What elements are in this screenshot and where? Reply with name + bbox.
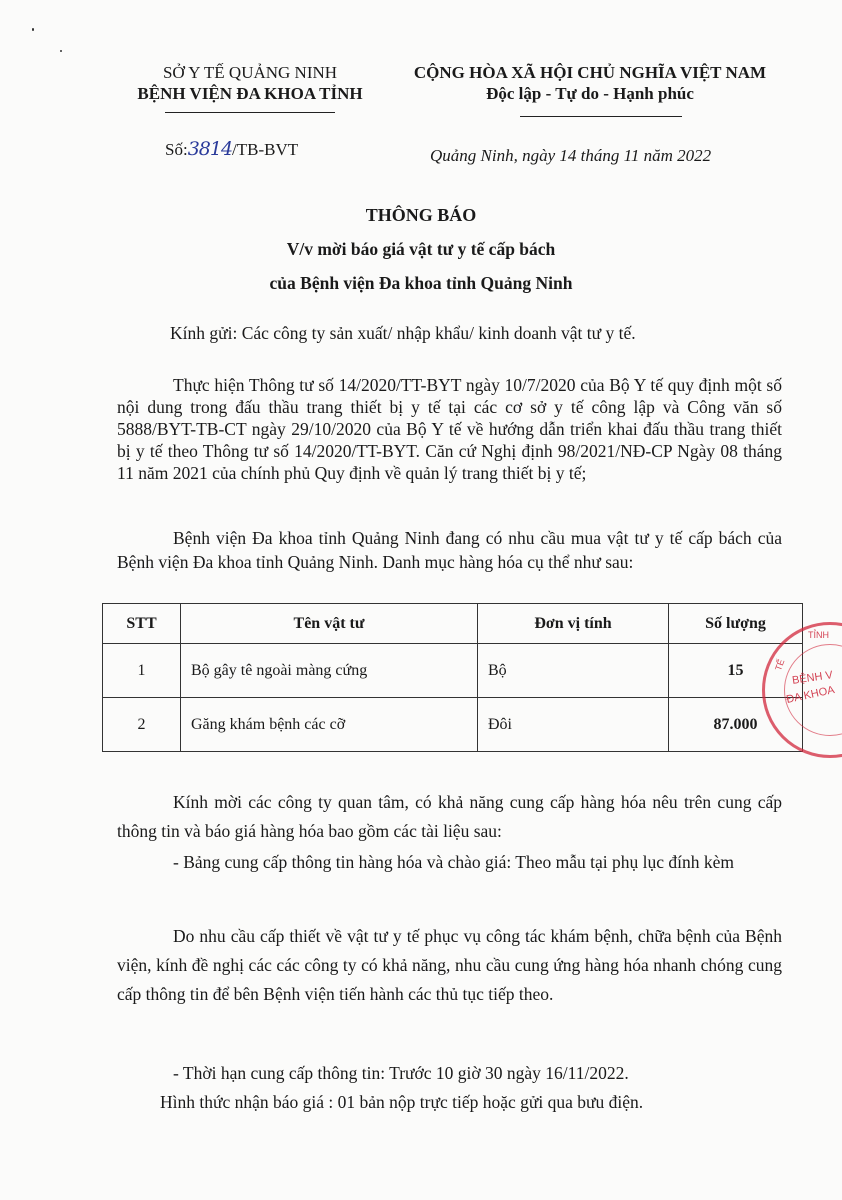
cell-stt: 1: [103, 644, 181, 698]
paragraph-required-docs: - Bảng cung cấp thông tin hàng hóa và ch…: [117, 848, 782, 877]
paragraph-need: Bệnh viện Đa khoa tỉnh Quảng Ninh đang c…: [117, 526, 782, 574]
doc-number-suffix: /TB-BVT: [232, 140, 298, 159]
header-quantity: Số lượng: [669, 604, 803, 644]
paragraph-urgency: Do nhu cầu cấp thiết về vật tư y tế phục…: [117, 922, 782, 1009]
department-name: SỞ Y TẾ QUẢNG NINH: [100, 62, 400, 83]
table-header-row: STT Tên vật tư Đơn vị tính Số lượng: [103, 604, 803, 644]
subject-line-2: của Bệnh viện Đa khoa tỉnh Quảng Ninh: [0, 273, 842, 294]
doc-number-handwritten: 3814: [188, 138, 232, 160]
issuer-underline: [165, 112, 335, 113]
cell-stt: 2: [103, 698, 181, 752]
subject-line-1: V/v mời báo giá vật tư y tế cấp bách: [0, 239, 842, 260]
scan-speck: [32, 28, 34, 31]
cell-item-name: Găng khám bệnh các cỡ: [181, 698, 478, 752]
submission-method-line: Hình thức nhận báo giá : 01 bản nộp trực…: [160, 1092, 643, 1113]
paragraph-legal-basis: Thực hiện Thông tư số 14/2020/TT-BYT ngà…: [117, 374, 782, 484]
seal-text-top: TỈNH: [808, 630, 829, 640]
nation-name: CỘNG HÒA XÃ HỘI CHỦ NGHĨA VIỆT NAM: [380, 62, 800, 83]
recipient-line: Kính gửi: Các công ty sản xuất/ nhập khẩ…: [170, 323, 636, 344]
place-date: Quảng Ninh, ngày 14 tháng 11 năm 2022: [430, 146, 711, 166]
deadline-line: - Thời hạn cung cấp thông tin: Trước 10 …: [173, 1063, 629, 1084]
header-stt: STT: [103, 604, 181, 644]
document-number: Số:3814/TB-BVT: [165, 138, 298, 160]
table-row: 2 Găng khám bệnh các cỡ Đôi 87.000: [103, 698, 803, 752]
cell-unit: Bộ: [478, 644, 669, 698]
cell-item-name: Bộ gây tê ngoài màng cứng: [181, 644, 478, 698]
table-row: 1 Bộ gây tê ngoài màng cứng Bộ 15: [103, 644, 803, 698]
scan-speck: [60, 50, 62, 52]
header-unit: Đơn vị tính: [478, 604, 669, 644]
national-motto: Độc lập - Tự do - Hạnh phúc: [380, 83, 800, 104]
doc-number-prefix: Số:: [165, 140, 188, 159]
document-title: THÔNG BÁO: [0, 205, 842, 226]
motto-underline: [520, 116, 682, 117]
header-item-name: Tên vật tư: [181, 604, 478, 644]
paragraph-invitation: Kính mời các công ty quan tâm, có khả nă…: [117, 788, 782, 846]
hospital-name: BỆNH VIỆN ĐA KHOA TỈNH: [100, 83, 400, 104]
supplies-table: STT Tên vật tư Đơn vị tính Số lượng 1 Bộ…: [102, 603, 803, 752]
national-header: CỘNG HÒA XÃ HỘI CHỦ NGHĨA VIỆT NAM Độc l…: [380, 62, 800, 104]
issuer-block: SỞ Y TẾ QUẢNG NINH BỆNH VIỆN ĐA KHOA TỈN…: [100, 62, 400, 104]
cell-unit: Đôi: [478, 698, 669, 752]
